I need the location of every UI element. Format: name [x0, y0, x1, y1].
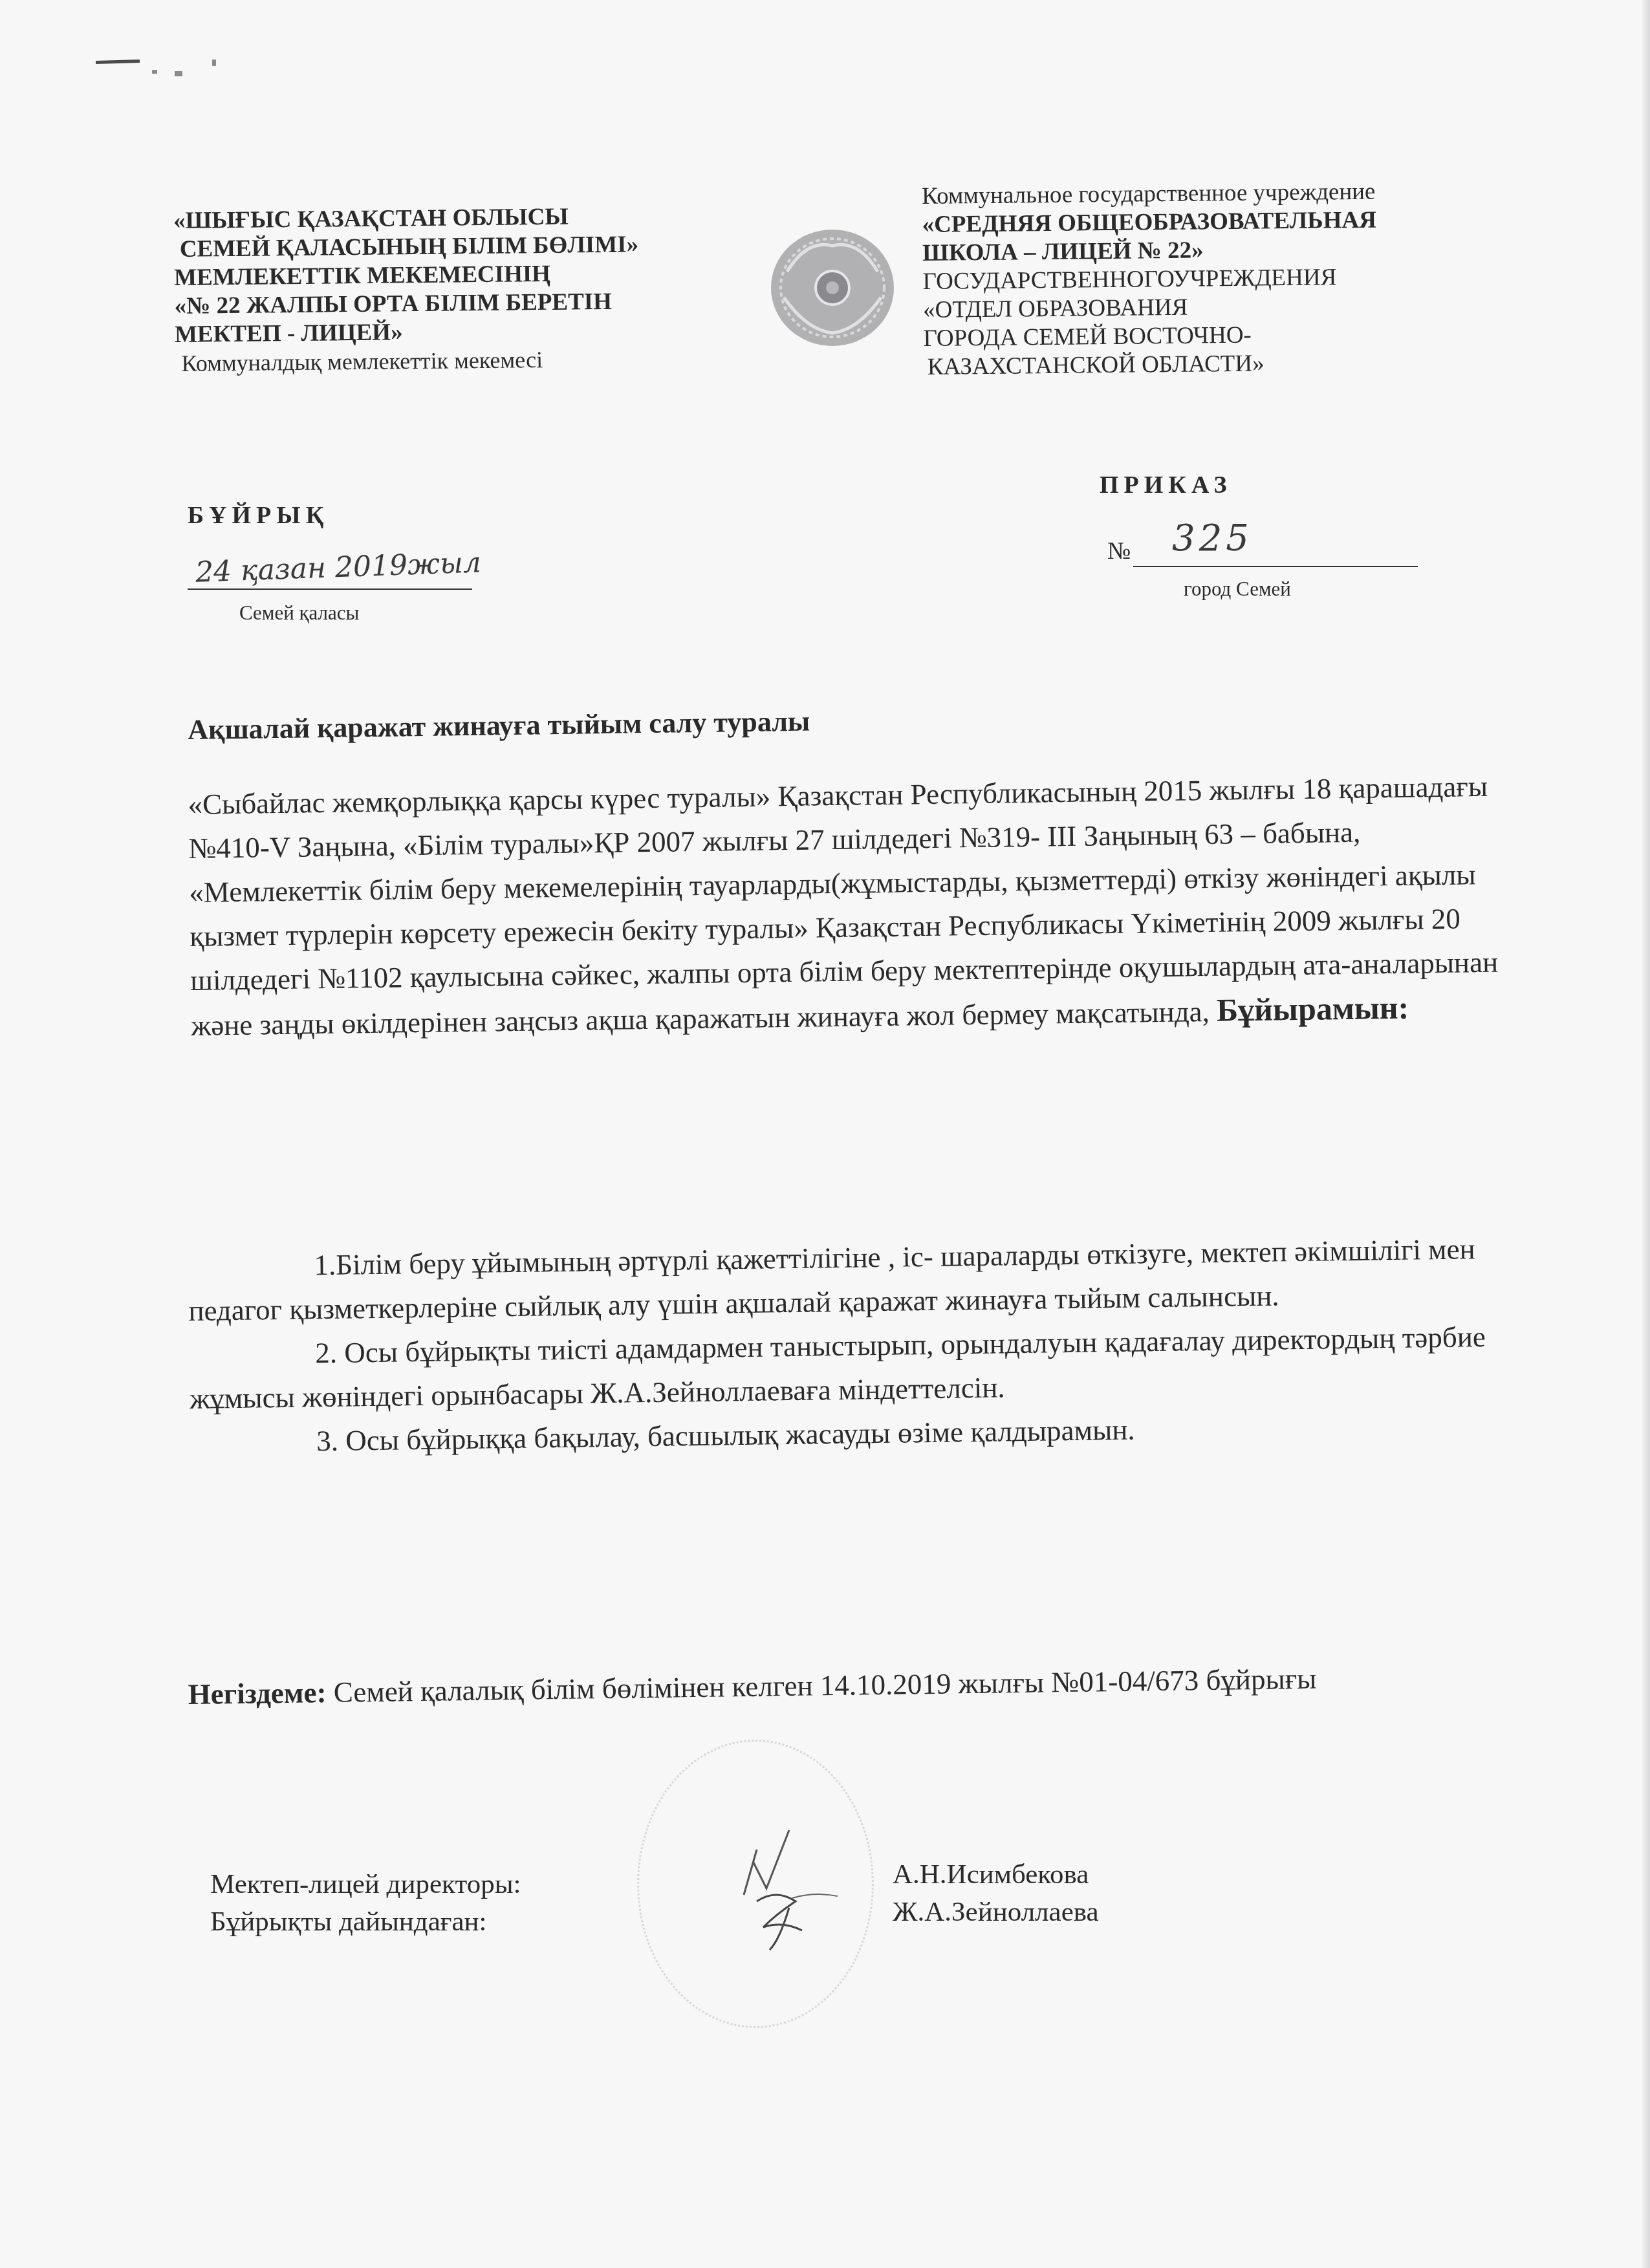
signature-roles: Мектеп-лицей директоры: Бұйрықты дайында… [210, 1866, 521, 1941]
order-word: Бұйырамын: [1217, 989, 1409, 1028]
document-title: Ақшалай қаражат жинауға тыйым салу турал… [188, 705, 810, 746]
scanned-page-edge [1642, 0, 1650, 2268]
date-underline [188, 589, 472, 590]
signature-role-preparer: Бұйрықты дайындаған: [210, 1903, 521, 1941]
order-number-handwritten: 325 [1172, 517, 1253, 559]
signature-name-preparer: Ж.А.Зейноллаева [893, 1894, 1099, 1931]
basis-label: Негіздеме: [188, 1676, 327, 1711]
header-right-line: КАЗАХСТАНСКОЙ ОБЛАСТИ» [924, 347, 1506, 382]
order-date-handwritten: 24 қазан 2019жыл [195, 546, 481, 589]
number-sign: № [1107, 537, 1131, 565]
scan-artifact-mark [96, 59, 140, 64]
order-city-kz: Семей қаласы [239, 601, 359, 625]
basis-text: Семей қалалық білім бөлімінен келген 14.… [326, 1663, 1317, 1709]
order-number-field: № 325 [1107, 517, 1444, 582]
document-preamble: «Сыбайлас жемқорлыққа қарсы күрес туралы… [188, 764, 1543, 1048]
header-left-org-kz: «ШЫҒЫС ҚАЗАҚСТАН ОБЛЫСЫ СЕМЕЙ ҚАЛАСЫНЫҢ … [173, 201, 744, 378]
order-date-field: 24 қазан 2019жыл [188, 550, 472, 601]
signature-name-director: А.Н.Исимбекова [893, 1856, 1099, 1894]
number-underline [1133, 566, 1418, 567]
scan-artifact-dot [212, 59, 216, 66]
signature-names: А.Н.Исимбекова Ж.А.Зейноллаева [893, 1856, 1099, 1931]
handwritten-signature-icon [718, 1824, 847, 1953]
order-label-kz: БҰЙРЫҚ [188, 501, 329, 530]
order-label-ru: ПРИКАЗ [1100, 471, 1232, 499]
order-items-list: 1.Білім беру ұйымының әртүрлі қажеттіліг… [188, 1226, 1543, 1465]
scan-artifact-dot [152, 70, 157, 74]
header-left-subtitle: Коммуналдық мемлекеттік мекемесі [175, 343, 744, 378]
header-right-org-ru: Коммунальное государственное учреждение … [922, 177, 1506, 382]
signature-role-director: Мектеп-лицей директоры: [210, 1866, 521, 1903]
kazakhstan-emblem-icon [768, 226, 897, 349]
scan-artifact-dot [175, 71, 182, 76]
order-city-ru: город Семей [1184, 578, 1291, 601]
document-basis: Негіздеме: Семей қалалық білім бөлімінен… [188, 1634, 1541, 1736]
